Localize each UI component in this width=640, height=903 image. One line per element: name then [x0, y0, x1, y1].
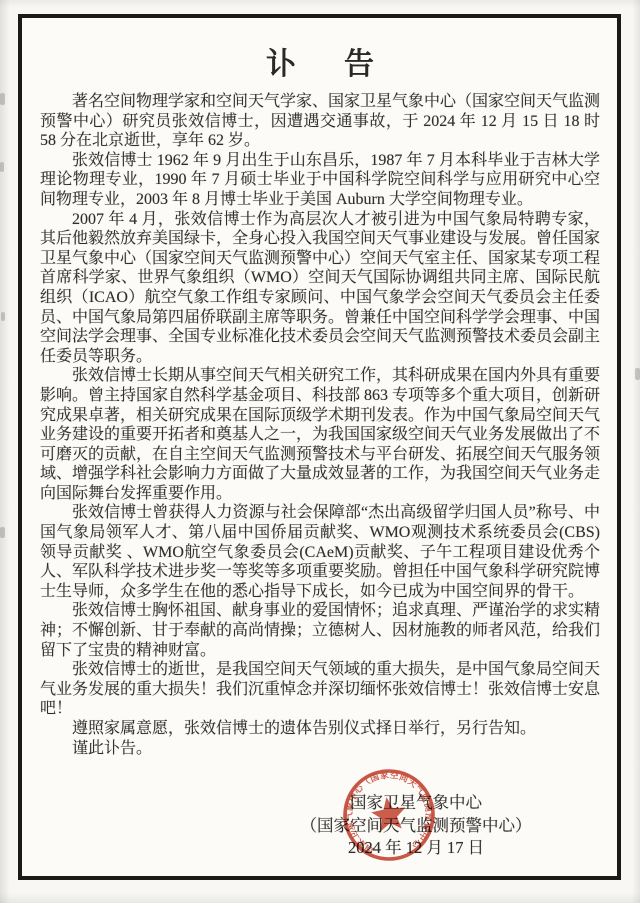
scan-artifact [0, 527, 5, 538]
paragraph: 遵照家属意愿，张效信博士的遗体告别仪式择日举行，另行告知。 [40, 719, 600, 739]
document-content: 讣 告 著名空间物理学家和空间天气学家、国家卫星气象中心（国家空间天气监测预警中… [40, 18, 600, 758]
paragraph: 张效信博士的逝世，是我国空间天气领域的重大损失，是中国气象局空间天气业务发展的重… [40, 660, 600, 719]
official-seal-stamp: 国家卫星气象中心（国家空间天气监测预警中心） [333, 759, 446, 872]
page-title: 讣 告 [40, 39, 600, 83]
paragraph: 张效信博士曾获得人力资源与社会保障部“杰出高级留学归国人员”称号、中国气象局领军… [40, 503, 600, 601]
paragraph: 谨此讣告。 [40, 739, 600, 759]
paragraph: 张效信博士长期从事空间天气相关研究工作，其科研成果在国内外具有重要影响。曾主持国… [40, 366, 600, 503]
scanned-obituary-page: 讣 告 著名空间物理学家和空间天气学家、国家卫星气象中心（国家空间天气监测预警中… [0, 0, 640, 903]
paragraph: 张效信博士胸怀祖国、献身事业的爱国情怀；追求真理、严谨治学的求实精神；不懈创新、… [40, 601, 600, 660]
obituary-body: 著名空间物理学家和空间天气学家、国家卫星气象中心（国家空间天气监测预警中心）研究… [40, 92, 600, 758]
paragraph: 著名空间物理学家和空间天气学家、国家卫星气象中心（国家空间天气监测预警中心）研究… [40, 92, 600, 151]
scan-artifact [1, 312, 5, 321]
scan-artifact [0, 93, 5, 105]
star-icon [369, 795, 408, 833]
document-border-frame: 讣 告 著名空间物理学家和空间天气学家、国家卫星气象中心（国家空间天气监测预警中… [18, 14, 621, 880]
scan-artifact [0, 162, 4, 172]
paragraph: 张效信博士 1962 年 9 月出生于山东昌乐，1987 年 7 月本科毕业于吉… [40, 151, 600, 210]
paragraph: 2007 年 4 月，张效信博士作为高层次人才被引进为中国气象局特聘专家，其后他… [40, 210, 600, 367]
scan-artifact [635, 368, 640, 380]
